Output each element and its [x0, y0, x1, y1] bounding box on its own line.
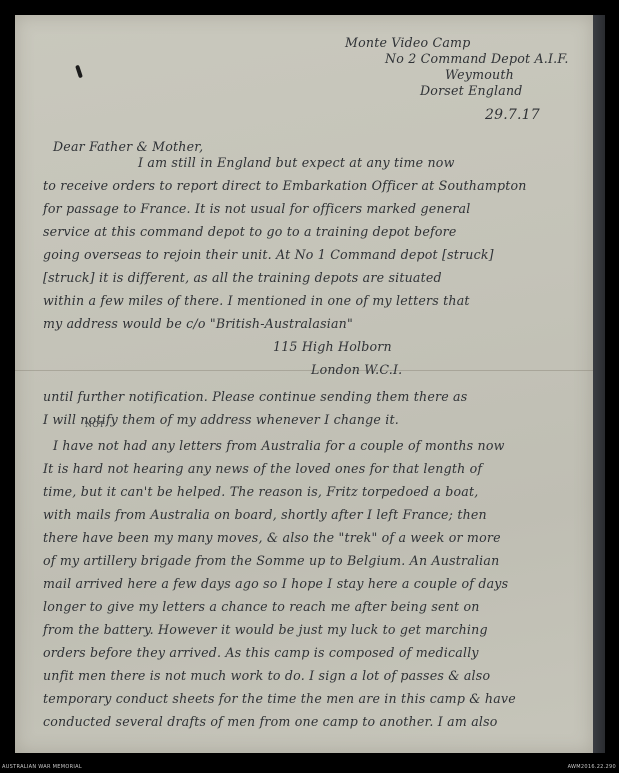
letter-line: within a few miles of there. I mentioned…	[43, 293, 470, 308]
letter-line: [struck] it is different, as all the tra…	[43, 270, 442, 285]
paper-edge-shadow	[593, 15, 605, 753]
letter-line: of my artillery brigade from the Somme u…	[43, 553, 499, 568]
letter-line: temporary conduct sheets for the time th…	[43, 691, 516, 706]
accession-number: AWM2016.22.290	[568, 764, 616, 770]
salutation: Dear Father & Mother,	[53, 139, 203, 154]
address-line: Dorset England	[420, 83, 604, 99]
address-line: Monte Video Camp	[345, 35, 529, 51]
letter-line: longer to give my letters a chance to re…	[43, 599, 480, 614]
institution-credit: AUSTRALIAN WAR MEMORIAL	[2, 764, 82, 770]
sender-address-block: Monte Video Camp No 2 Command Depot A.I.…	[345, 35, 529, 123]
letter-line: orders before they arrived. As this camp…	[43, 645, 479, 660]
letter-line: mail arrived here a few days ago so I ho…	[43, 576, 508, 591]
fold-crease	[15, 370, 593, 371]
letter-line: from the battery. However it would be ju…	[43, 622, 488, 637]
letter-line: London W.C.I.	[311, 362, 402, 377]
scan-background: Monte Video Camp No 2 Command Depot A.I.…	[0, 0, 619, 760]
letter-page: Monte Video Camp No 2 Command Depot A.I.…	[15, 15, 593, 753]
address-line: No 2 Command Depot A.I.F.	[385, 51, 569, 67]
letter-line: to receive orders to report direct to Em…	[43, 178, 527, 193]
letter-line: with mails from Australia on board, shor…	[43, 507, 487, 522]
letter-line: service at this command depot to go to a…	[43, 224, 457, 239]
letter-line: time, but it can't be helped. The reason…	[43, 484, 478, 499]
letter-line: my address would be c/o "British-Austral…	[43, 316, 353, 331]
footer: AUSTRALIAN WAR MEMORIAL AWM2016.22.290	[0, 763, 619, 773]
letter-line: 115 High Holborn	[273, 339, 392, 354]
letter-line: there have been my many moves, & also th…	[43, 530, 501, 545]
pin-hole-mark-icon	[75, 65, 83, 79]
letter-line: for passage to France. It is not usual f…	[43, 201, 470, 216]
interlinear-insertion: NOT	[85, 420, 105, 429]
letter-line: I have not had any letters from Australi…	[53, 438, 505, 453]
letter-line: until further notification. Please conti…	[43, 389, 467, 404]
letter-line: I am still in England but expect at any …	[138, 155, 455, 170]
letter-line: conducted several drafts of men from one…	[43, 714, 498, 729]
letter-line: unfit men there is not much work to do. …	[43, 668, 490, 683]
letter-line: going overseas to rejoin their unit. At …	[43, 247, 494, 262]
letter-line: It is hard not hearing any news of the l…	[43, 461, 482, 476]
